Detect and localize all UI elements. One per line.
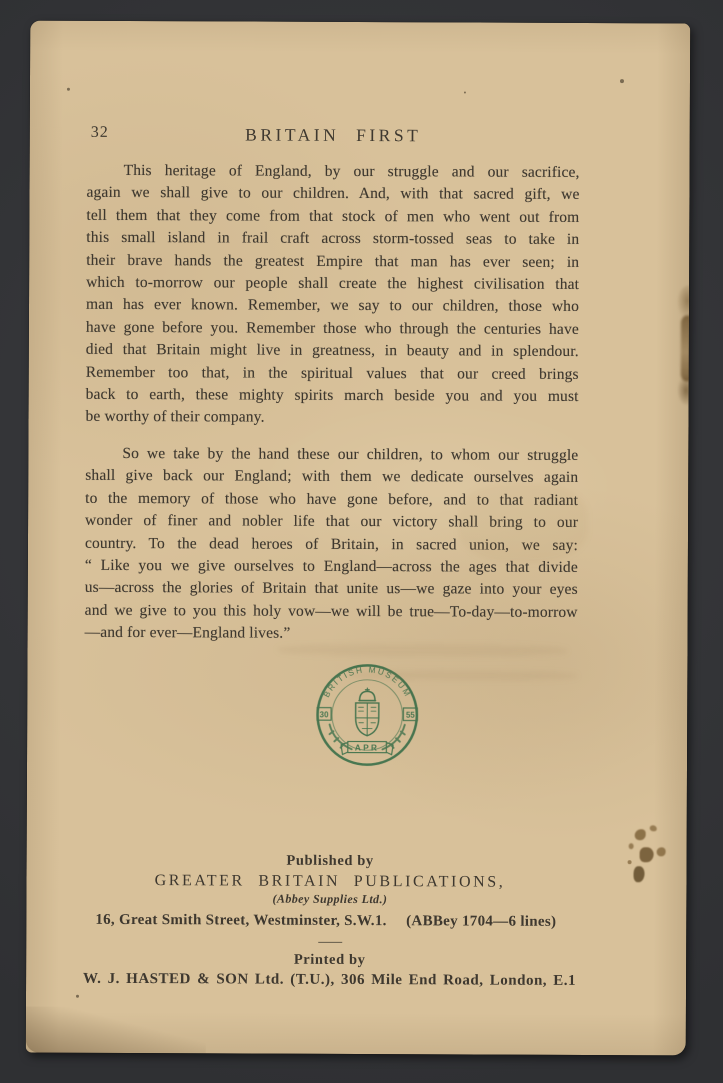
text-line: this small island in frail craft across …	[86, 227, 579, 252]
stamp-month: APR	[355, 743, 379, 752]
paper-speck	[464, 91, 466, 93]
royal-arms-shield-icon	[356, 703, 379, 736]
corner-shadow	[26, 1007, 206, 1054]
text-line: and we give to you this holy vow—we will…	[85, 600, 578, 625]
text-line: So we take by the hand these our childre…	[85, 443, 578, 468]
text-line: have gone before you. Remember those who…	[86, 317, 579, 342]
scan-backdrop: 32 BRITAIN FIRST This heritage of Englan…	[0, 0, 723, 1083]
ink-stain	[629, 843, 634, 849]
paper-speck	[67, 88, 70, 91]
text-line: died that Britain might live in greatnes…	[86, 339, 579, 364]
publisher-address: 16, Great Smith Street, Westminster, S.W…	[95, 910, 386, 931]
text-line: country. To the dead heroes of Britain, …	[85, 532, 578, 557]
publisher-subname: (Abbey Supplies Ltd.)	[66, 891, 593, 907]
printed-by-label: Printed by	[66, 950, 593, 970]
edge-rust-stain	[678, 375, 691, 405]
imprint-divider	[318, 942, 342, 943]
text-line: shall give back our England; with them w…	[85, 465, 578, 490]
edge-rust-stain	[681, 315, 691, 381]
text-line: to the memory of those who have gone bef…	[85, 487, 578, 512]
published-by-label: Published by	[67, 851, 594, 871]
publisher-name: GREATER BRITAIN PUBLICATIONS,	[66, 871, 593, 893]
ink-stain	[650, 825, 657, 831]
text-line: which to-morrow our people shall create …	[86, 272, 579, 297]
text-line: —and for ever—England lives.”	[85, 622, 578, 647]
ink-stain	[628, 860, 632, 864]
ink-stain	[657, 847, 666, 856]
running-title: BRITAIN FIRST	[87, 124, 580, 147]
text-line: their brave hands the greatest Empire th…	[86, 249, 579, 274]
paper-speck	[76, 995, 79, 998]
imprint-block: Published by GREATER BRITAIN PUBLICATION…	[66, 851, 594, 991]
text-line: tell them that they come from that stock…	[86, 205, 579, 230]
text-line: “ Like you we give ourselves to England—…	[85, 555, 578, 580]
text-line: back to earth, these mighty spirits marc…	[86, 384, 579, 409]
stamp-day: 30	[320, 710, 329, 719]
edge-rust-stain	[677, 285, 690, 319]
paragraph: So we take by the hand these our childre…	[85, 443, 579, 647]
ink-stain	[634, 866, 645, 882]
publisher-phone: (ABBey 1704—6 lines)	[406, 911, 556, 932]
text-line: wonder of finer and nobler life that our…	[85, 510, 578, 535]
ink-stain	[640, 847, 654, 862]
british-museum-stamp: BRITISH MUSEUM 30 55 APR	[314, 662, 420, 768]
text-line: again we shall give to our children. And…	[86, 182, 579, 207]
text-line: us—across the glories of Britain that un…	[85, 577, 578, 602]
body-text: This heritage of England, by our struggl…	[85, 160, 580, 647]
running-header: 32 BRITAIN FIRST	[87, 124, 580, 148]
text-line: This heritage of England, by our struggl…	[87, 160, 580, 185]
crown-icon	[359, 688, 375, 701]
paper-speck	[620, 79, 624, 83]
publisher-address-row: 16, Great Smith Street, Westminster, S.W…	[66, 910, 593, 932]
ink-stain	[635, 829, 646, 840]
stamp-institution-text: BRITISH MUSEUM	[322, 665, 413, 699]
paragraph: This heritage of England, by our struggl…	[85, 160, 579, 431]
paper-page: 32 BRITAIN FIRST This heritage of Englan…	[26, 21, 690, 1056]
text-line: Remember too that, in the spiritual valu…	[86, 361, 579, 386]
printer-name: W. J. HASTED & SON Ltd. (T.U.), 306 Mile…	[66, 969, 593, 991]
stamp-year: 55	[406, 711, 415, 720]
text-line: man has ever known. Remember, we say to …	[86, 294, 579, 319]
text-line: be worthy of their company.	[85, 406, 578, 431]
